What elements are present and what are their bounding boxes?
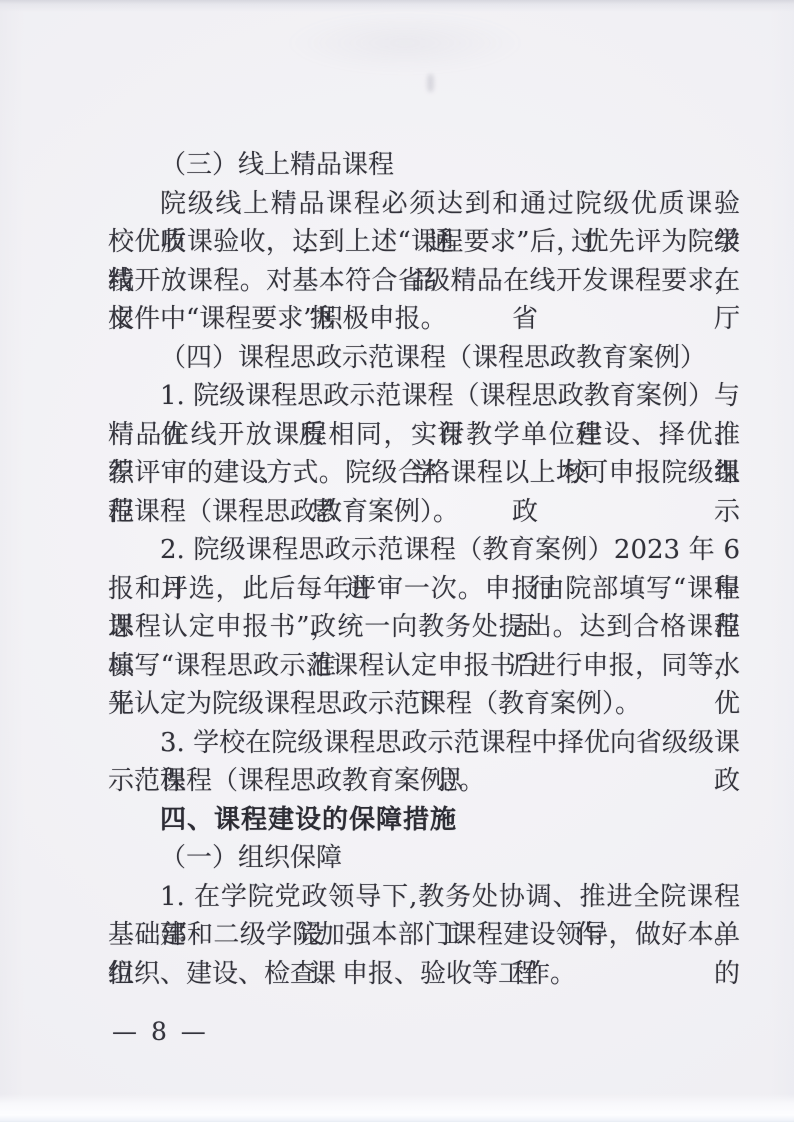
- text-line: 报和评选，此后每年评审一次。申报由院部填写“课程思政示范: [108, 570, 740, 609]
- text-line: 1. 在学院党政领导下,教务处协调、推进全院课程建设工作。: [108, 878, 740, 917]
- scan-artifact-smudge: [285, 12, 525, 74]
- page-number: — 8 —: [112, 1017, 209, 1047]
- text-line: 精品在线开放课程相同，实行教学单位建设、择优推荐、学校组: [108, 416, 740, 455]
- text-line: （四）课程思政示范课程（课程思政教育案例）: [108, 339, 740, 378]
- scan-edge-top: [0, 0, 794, 12]
- document-text-block: （三）线上精品课程院级线上精品课程必须达到和通过院级优质课验收,通过学校优质课验…: [108, 146, 740, 993]
- text-line: 3. 学校在院级课程思政示范课程中择优向省级级课程思政: [108, 724, 740, 763]
- text-line: 1. 院级课程思政示范课程（课程思政教育案例）与优质课程、: [108, 377, 740, 416]
- text-line: 校优质课验收，达到上述“课程要求”后，优先评为院级精品在: [108, 223, 740, 262]
- text-line: （三）线上精品课程: [108, 146, 740, 185]
- text-line: 2. 院级课程思政示范课程（教育案例）2023 年 6 月进行申: [108, 531, 740, 570]
- scanned-document-page: （三）线上精品课程院级线上精品课程必须达到和通过院级优质课验收,通过学校优质课验…: [0, 0, 794, 1122]
- text-line: 织评审的建设方式。院级合格课程以上均可申报院级课程思政示: [108, 454, 740, 493]
- scan-artifact-mark: [427, 74, 434, 92]
- text-line: 课程认定申报书”，统一向教务处提出。达到合格课程标准后，: [108, 608, 740, 647]
- text-line: 院级线上精品课程必须达到和通过院级优质课验收,通过学: [108, 185, 740, 224]
- section-heading-line: 四、课程建设的保障措施: [108, 801, 740, 840]
- text-line: （一）组织保障: [108, 839, 740, 878]
- text-line: 填写“课程思政示范课程认定申报书”进行申报，同等水平下优: [108, 647, 740, 686]
- scan-edge-bottom: [0, 1094, 794, 1122]
- text-line: 线开放课程。对基本符合省级精品在线开发课程要求，根据省厅: [108, 262, 740, 301]
- text-line: 基础部和二级学院加强本部门课程建设领导，做好本单位课程的: [108, 916, 740, 955]
